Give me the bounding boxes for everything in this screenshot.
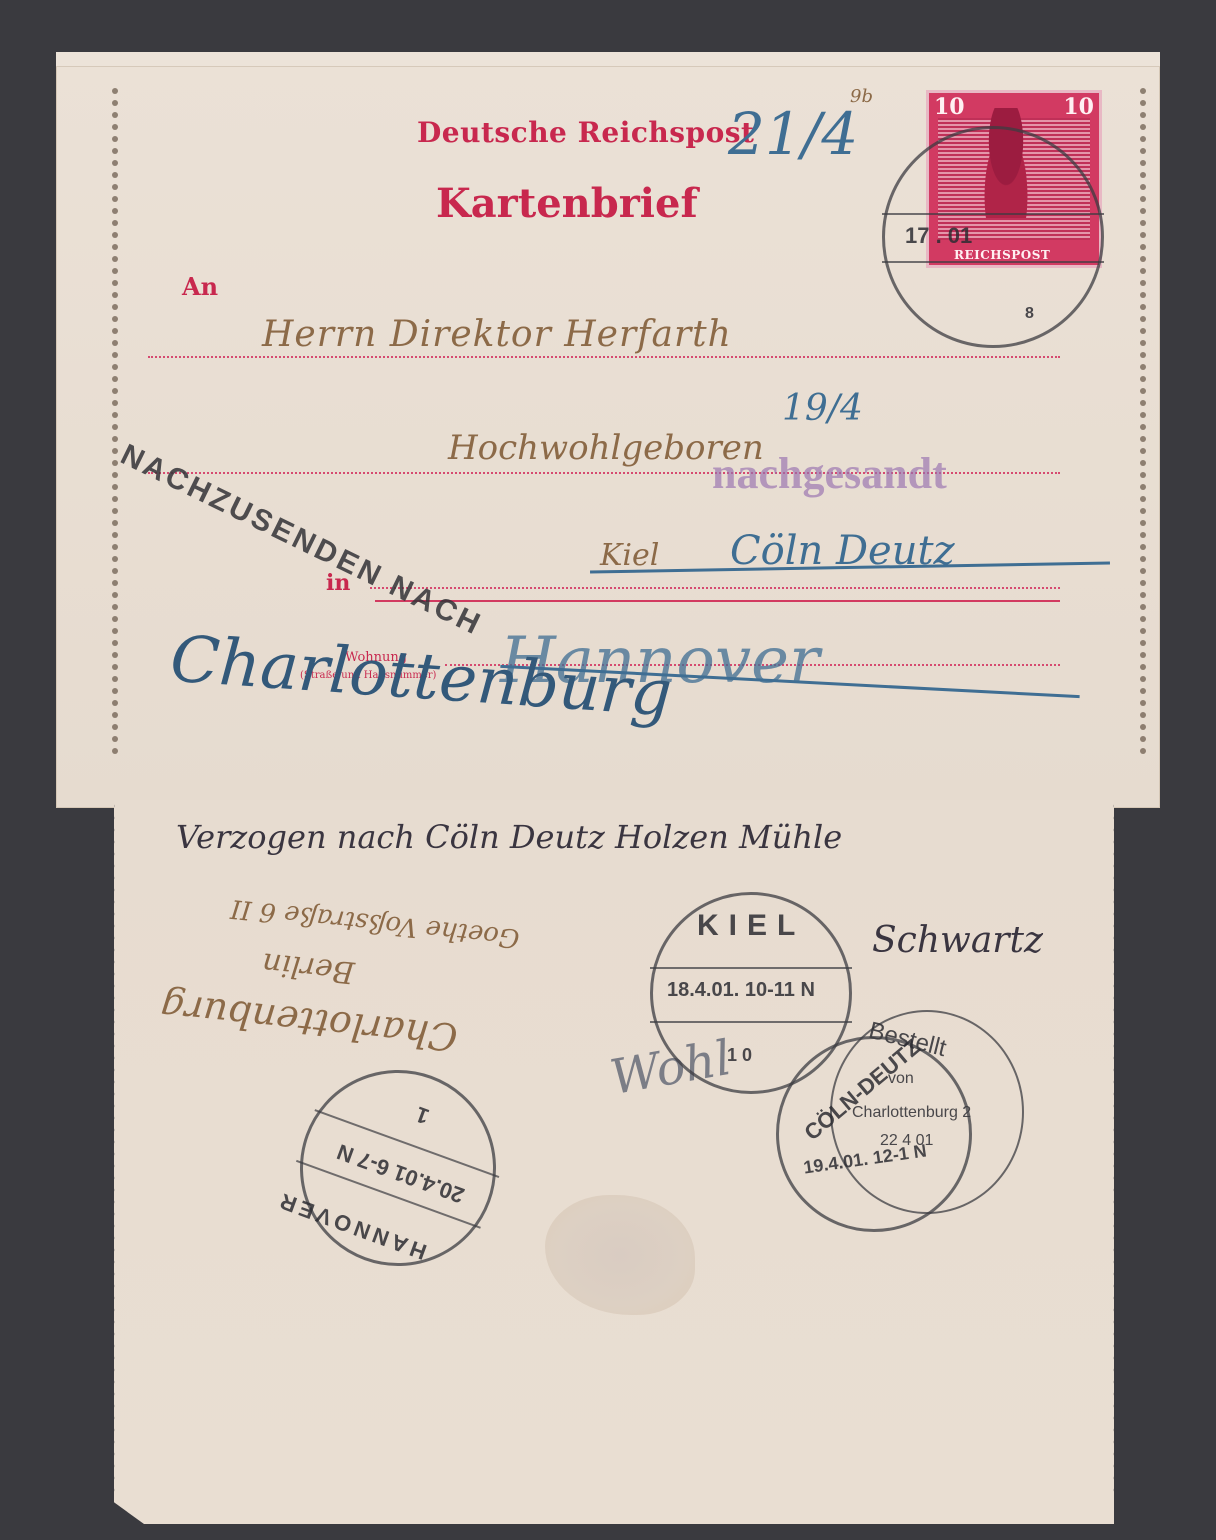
postmark-kiel-bottom: 1 0	[727, 1045, 752, 1066]
title-kartenbrief: Kartenbrief	[436, 180, 698, 227]
top-flap	[56, 52, 1160, 67]
address-line-1	[148, 356, 1060, 358]
origin-postmark-bottom: 8	[1025, 305, 1034, 323]
postmark-hannover-code: 1	[412, 1101, 432, 1130]
header-deutsche-reichspost: Deutsche Reichspost	[417, 116, 754, 149]
stamp-value-left: 10	[934, 94, 965, 120]
handwritten-addressee: Herrn Direktor Herfarth	[262, 314, 732, 355]
right-perforation	[1140, 88, 1146, 760]
stamp-value-right: 10	[1063, 94, 1094, 120]
postmark-kiel-date: 18.4.01. 10-11 N	[667, 979, 815, 1002]
address-line-3	[375, 600, 1060, 602]
left-perforation	[112, 88, 118, 760]
handstamp-nachgesandt: nachgesandt	[712, 448, 947, 499]
label-an: An	[182, 272, 218, 301]
origin-postmark: 17 . 01 8	[882, 126, 1104, 348]
handwritten-date-top: 21/4	[728, 100, 858, 168]
handwritten-city-original: Kiel	[600, 538, 659, 573]
origin-postmark-date: 17 . 01	[905, 223, 972, 249]
handwritten-date-mid: 19/4	[782, 388, 863, 429]
lower-right-perforation	[1110, 800, 1118, 1500]
back-signature: Schwartz	[872, 920, 1043, 961]
handwritten-note-small: 9b	[850, 86, 873, 107]
lower-left-perforation	[110, 800, 118, 1500]
postmark-coeln-deutz: CÖLN-DEUTZ 19.4.01. 12-1 N	[776, 1036, 972, 1232]
postmark-coeln-deutz-date: 19.4.01. 12-1 N	[802, 1140, 928, 1178]
back-note-verzogen: Verzogen nach Cöln Deutz Holzen Mühle	[176, 818, 842, 856]
address-line-3-dotted	[370, 587, 1060, 589]
postmark-kiel-town: KIEL	[697, 909, 805, 943]
